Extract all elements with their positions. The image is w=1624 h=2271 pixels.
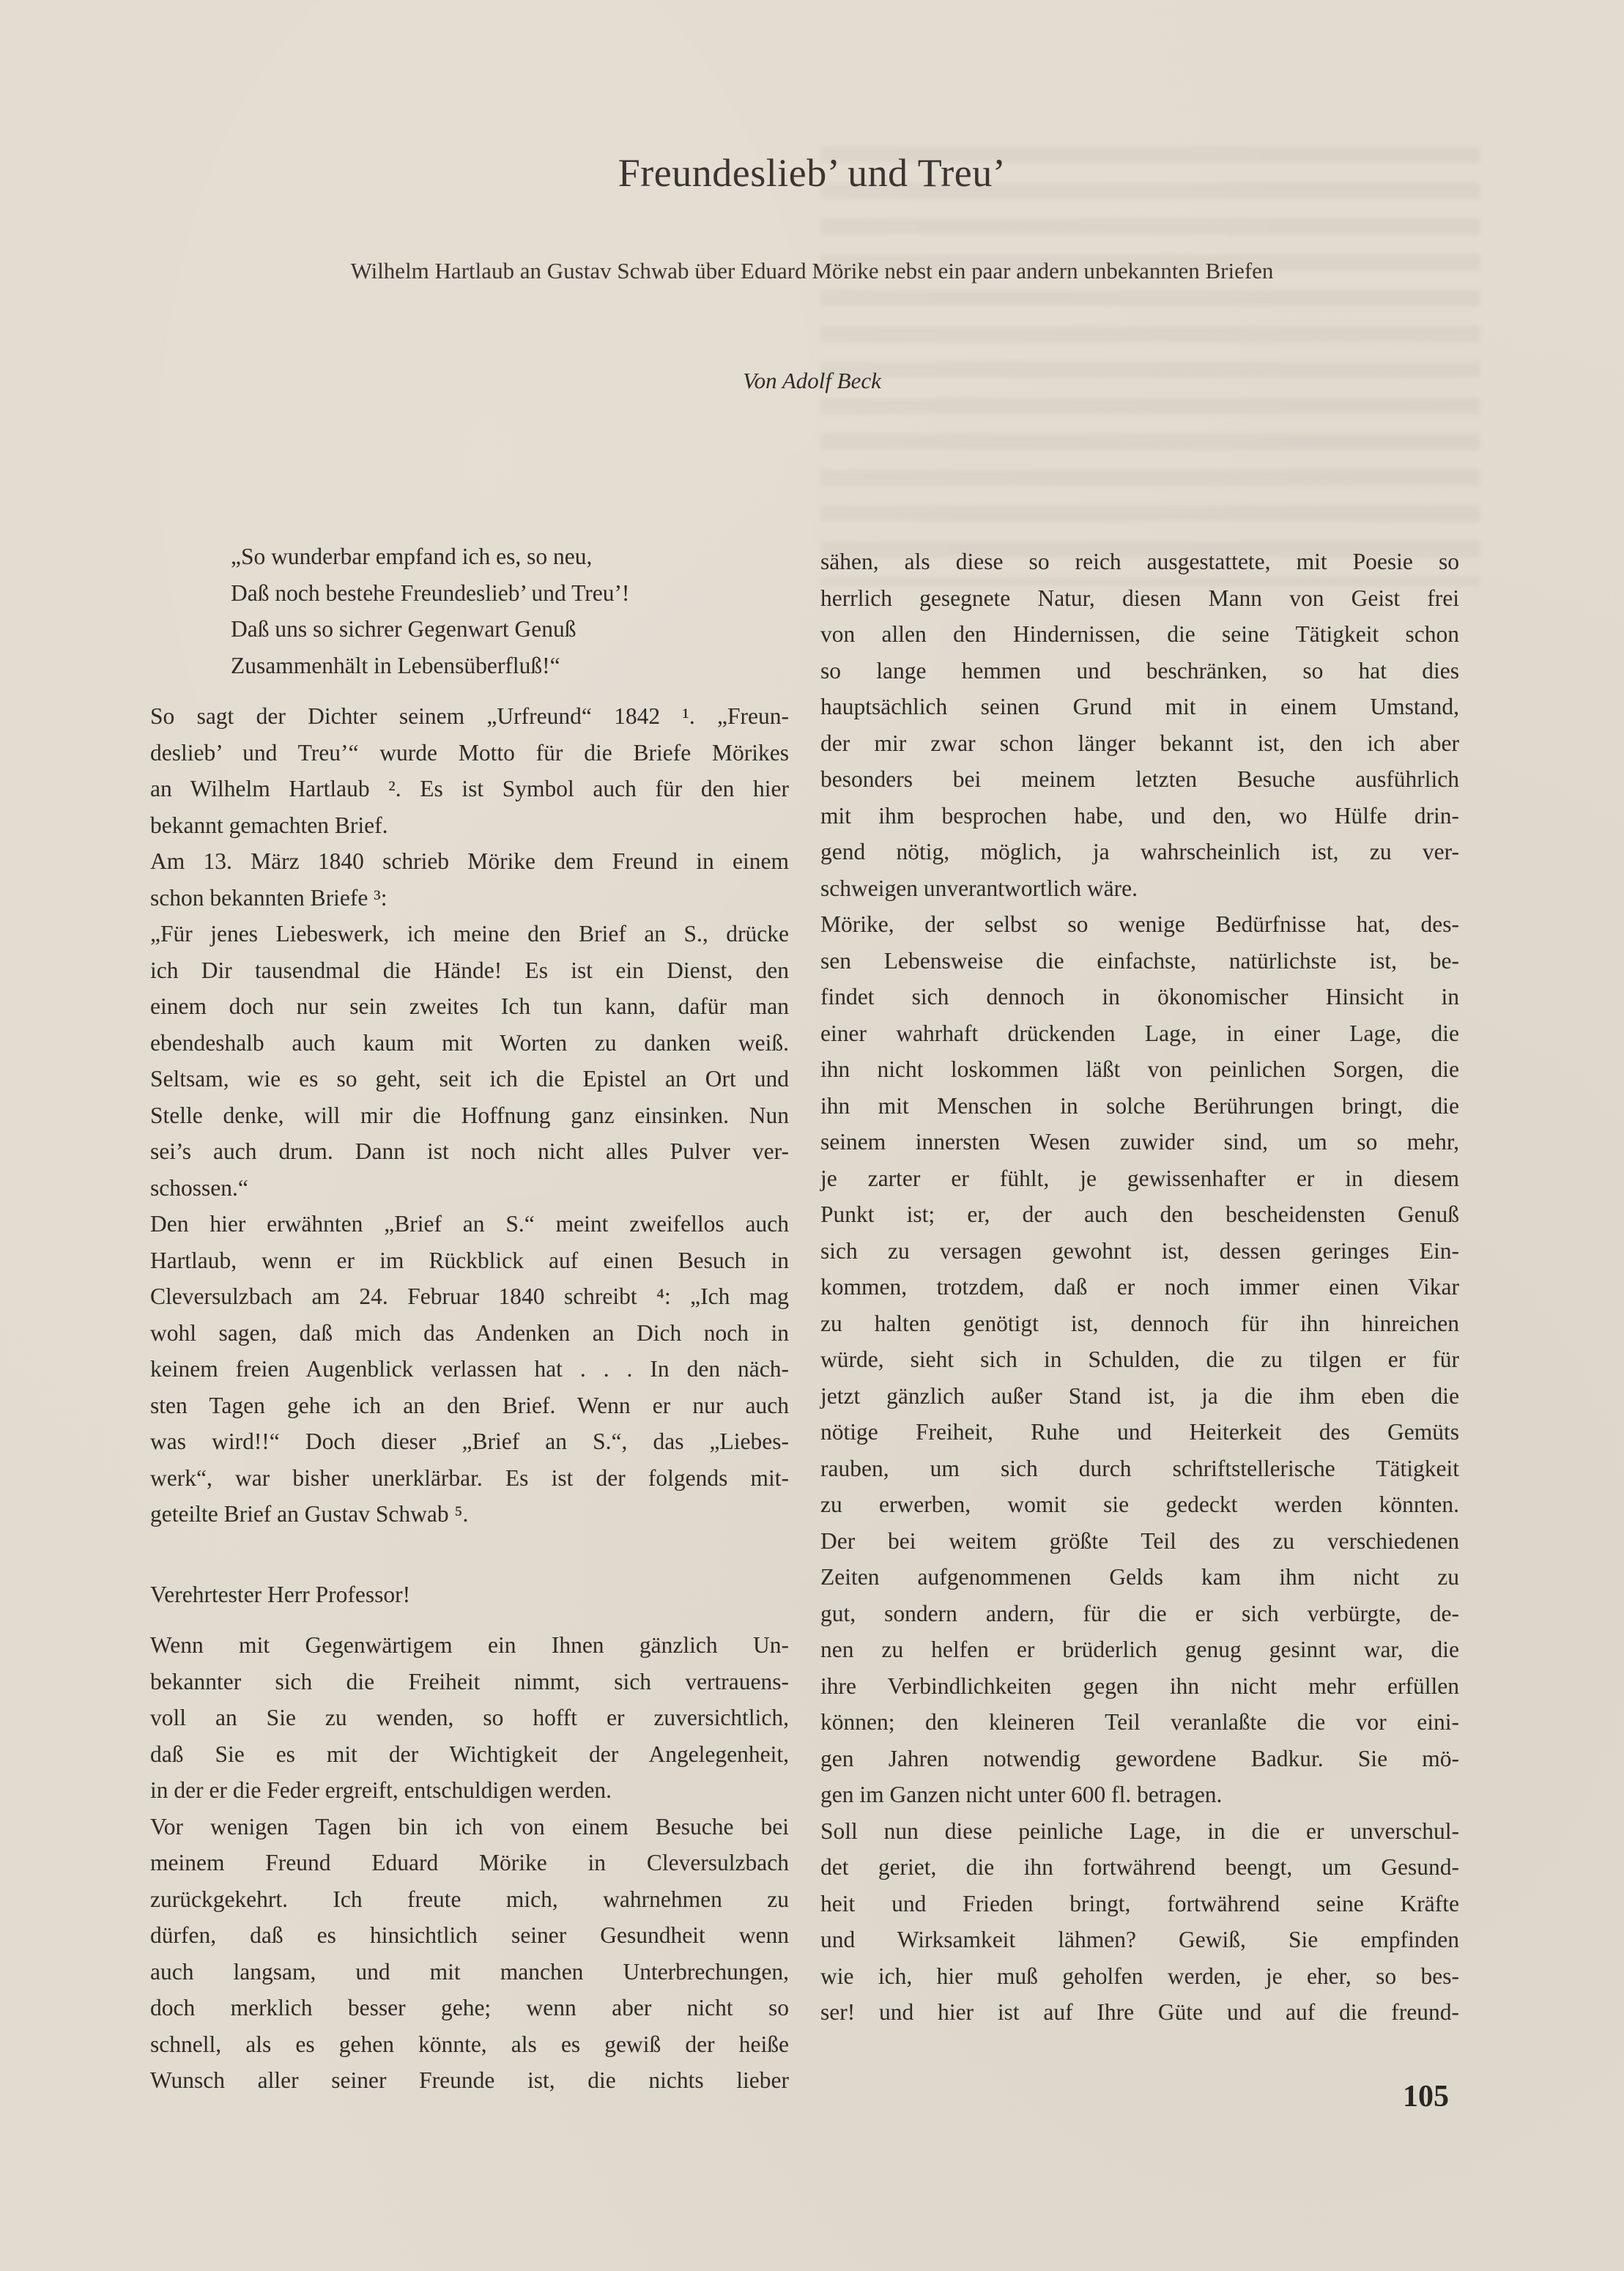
text-line: Mörike, der selbst so wenige Bedürfnisse… <box>820 906 1459 943</box>
verse-line: „So wunderbar empfand ich es, so neu, <box>231 538 789 575</box>
text-line: schnell, als es gehen könnte, als es gew… <box>150 2026 789 2063</box>
text-line: und Wirksamkeit lähmen? Gewiß, Sie empfi… <box>820 1922 1459 1958</box>
text-line: hauptsächlich seinen Grund mit in einem … <box>820 689 1459 725</box>
text-line: gut, sondern andern, für die er sich ver… <box>820 1596 1459 1632</box>
text-line: rauben, um sich durch schriftstellerisch… <box>820 1451 1459 1487</box>
text-line: schossen.“ <box>150 1170 789 1207</box>
text-line: können; den kleineren Teil veranlaßte di… <box>820 1704 1459 1741</box>
text-line: werk“, war bisher unerklärbar. Es ist de… <box>150 1460 789 1497</box>
text-line: Seltsam, wie es so geht, seit ich die Ep… <box>150 1061 789 1097</box>
text-line: nen zu helfen er brüderlich genug gesinn… <box>820 1631 1459 1668</box>
verse-line: Zusammenhält in Lebensüberfluß!“ <box>231 648 789 684</box>
text-line: ebendeshalb auch kaum mit Worten zu dank… <box>150 1025 789 1062</box>
article-subtitle: Wilhelm Hartlaub an Gustav Schwab über E… <box>0 258 1624 284</box>
text-line: einer wahrhaft drückenden Lage, in einer… <box>820 1015 1459 1052</box>
text-line: Zeiten aufgenommenen Gelds kam ihm nicht… <box>820 1559 1459 1596</box>
text-line: einem doch nur sein zweites Ich tun kann… <box>150 988 789 1025</box>
letter-body-left: Wenn mit Gegenwärtigem ein Ihnen gänzlic… <box>150 1627 789 2099</box>
text-line: Hartlaub, wenn er im Rückblick auf einen… <box>150 1242 789 1279</box>
text-line: auch langsam, und mit manchen Unterbrech… <box>150 1954 789 1990</box>
text-line: nötige Freiheit, Ruhe und Heiterkeit des… <box>820 1414 1459 1451</box>
verse-line: Daß noch bestehe Freundeslieb’ und Treu’… <box>231 575 789 612</box>
text-line: zu erwerben, womit sie gedeckt werden kö… <box>820 1486 1459 1523</box>
article-title: Freundeslieb’ und Treu’ <box>0 150 1624 196</box>
text-line: ihre Verbindlichkeiten gegen ihn nicht m… <box>820 1668 1459 1705</box>
text-line: doch merklich besser gehe; wenn aber nic… <box>150 1990 789 2026</box>
text-line: Punkt ist; er, der auch den bescheidenst… <box>820 1196 1459 1233</box>
text-line: daß Sie es mit der Wichtigkeit der Angel… <box>150 1736 789 1773</box>
text-line: mit ihm besprochen habe, und den, wo Hül… <box>820 798 1459 834</box>
text-line: So sagt der Dichter seinem „Urfreund“ 18… <box>150 698 789 735</box>
text-line: der mir zwar schon länger bekannt ist, d… <box>820 725 1459 762</box>
text-line: in der er die Feder ergreift, entschuldi… <box>150 1772 789 1809</box>
text-line: Stelle denke, will mir die Hoffnung ganz… <box>150 1097 789 1134</box>
text-line: Cleversulzbach am 24. Februar 1840 schre… <box>150 1278 789 1315</box>
text-line: gen Jahren notwendig gewordene Badkur. S… <box>820 1741 1459 1777</box>
text-line: herrlich gesegnete Natur, diesen Mann vo… <box>820 580 1459 617</box>
text-line: findet sich dennoch in ökonomischer Hins… <box>820 979 1459 1015</box>
text-line: det geriet, die ihn fortwährend beengt, … <box>820 1849 1459 1886</box>
text-line: Den hier erwähnten „Brief an S.“ meint z… <box>150 1206 789 1242</box>
text-line: sten Tagen gehe ich an den Brief. Wenn e… <box>150 1388 789 1424</box>
text-line: je zarter er fühlt, je gewissenhafter er… <box>820 1160 1459 1197</box>
text-line: besonders bei meinem letzten Besuche aus… <box>820 761 1459 798</box>
salutation-line: Verehrtester Herr Professor! <box>150 1577 789 1613</box>
text-line: keinem freien Augenblick verlassen hat .… <box>150 1351 789 1388</box>
text-line: sich zu versagen gewohnt ist, dessen ger… <box>820 1233 1459 1270</box>
text-line: ser! und hier ist auf Ihre Güte und auf … <box>820 1994 1459 2031</box>
text-line: ihn nicht loskommen läßt von peinlichen … <box>820 1051 1459 1088</box>
text-line: sähen, als diese so reich ausgestattete,… <box>820 544 1459 580</box>
text-line: bekannt gemachten Brief. <box>150 807 789 844</box>
intro-paragraphs: So sagt der Dichter seinem „Urfreund“ 18… <box>150 698 789 1533</box>
text-line: sei’s auch drum. Dann ist noch nicht all… <box>150 1133 789 1170</box>
text-line: was wird!!“ Doch dieser „Brief an S.“, d… <box>150 1423 789 1460</box>
text-line: schweigen unverantwortlich wäre. <box>820 870 1459 907</box>
text-line: von allen den Hindernissen, die seine Tä… <box>820 616 1459 653</box>
text-line: Wenn mit Gegenwärtigem ein Ihnen gänzlic… <box>150 1627 789 1664</box>
text-line: sen Lebensweise die einfachste, natürlic… <box>820 943 1459 979</box>
verse-line: Daß uns so sichrer Gegenwart Genuß <box>231 611 789 648</box>
text-line: geteilte Brief an Gustav Schwab ⁵. <box>150 1496 789 1533</box>
page-number: 105 <box>1403 2079 1449 2114</box>
text-line: voll an Sie zu wenden, so hofft er zuver… <box>150 1700 789 1736</box>
page: Freundeslieb’ und Treu’ Wilhelm Hartlaub… <box>0 0 1624 2271</box>
text-line: gen im Ganzen nicht unter 600 fl. betrag… <box>820 1777 1459 1813</box>
text-line: dürfen, daß es hinsichtlich seiner Gesun… <box>150 1917 789 1954</box>
text-line: heit und Frieden bringt, fortwährend sei… <box>820 1886 1459 1922</box>
text-line: Der bei weitem größte Teil des zu versch… <box>820 1523 1459 1560</box>
text-line: zu halten genötigt ist, dennoch für ihn … <box>820 1305 1459 1342</box>
right-column: sähen, als diese so reich ausgestattete,… <box>820 544 1459 2031</box>
text-line: kommen, trotzdem, daß er noch immer eine… <box>820 1269 1459 1305</box>
text-line: Wunsch aller seiner Freunde ist, die nic… <box>150 2062 789 2099</box>
text-line: seinem innersten Wesen zuwider sind, um … <box>820 1124 1459 1160</box>
text-line: ich Dir tausendmal die Hände! Es ist ein… <box>150 952 789 989</box>
text-line: „Für jenes Liebeswerk, ich meine den Bri… <box>150 916 789 952</box>
text-line: so lange hemmen und beschränken, so hat … <box>820 653 1459 689</box>
text-line: wie ich, hier muß geholfen werden, je eh… <box>820 1958 1459 1995</box>
author-byline: Von Adolf Beck <box>0 368 1624 394</box>
text-line: Am 13. März 1840 schrieb Mörike dem Freu… <box>150 843 789 880</box>
text-line: meinem Freund Eduard Mörike in Cleversul… <box>150 1845 789 1881</box>
epigraph-verse: „So wunderbar empfand ich es, so neu, Da… <box>150 538 789 683</box>
text-line: Vor wenigen Tagen bin ich von einem Besu… <box>150 1809 789 1845</box>
letter-salutation: Verehrtester Herr Professor! <box>150 1577 789 1613</box>
text-line: würde, sieht sich in Schulden, die zu ti… <box>820 1341 1459 1378</box>
text-line: an Wilhelm Hartlaub ². Es ist Symbol auc… <box>150 771 789 807</box>
text-line: wohl sagen, daß mich das Andenken an Dic… <box>150 1315 789 1352</box>
left-column: „So wunderbar empfand ich es, so neu, Da… <box>150 538 789 2099</box>
text-line: bekannter sich die Freiheit nimmt, sich … <box>150 1664 789 1700</box>
text-line: zurückgekehrt. Ich freute mich, wahrnehm… <box>150 1881 789 1918</box>
text-line: deslieb’ und Treu’“ wurde Motto für die … <box>150 735 789 771</box>
text-line: jetzt gänzlich außer Stand ist, ja die i… <box>820 1378 1459 1415</box>
text-line: schon bekannten Briefe ³: <box>150 880 789 916</box>
text-line: gend nötig, möglich, ja wahrscheinlich i… <box>820 834 1459 870</box>
show-through-shadow <box>820 147 1480 586</box>
text-line: ihn mit Menschen in solche Berührungen b… <box>820 1088 1459 1125</box>
text-line: Soll nun diese peinliche Lage, in die er… <box>820 1813 1459 1850</box>
